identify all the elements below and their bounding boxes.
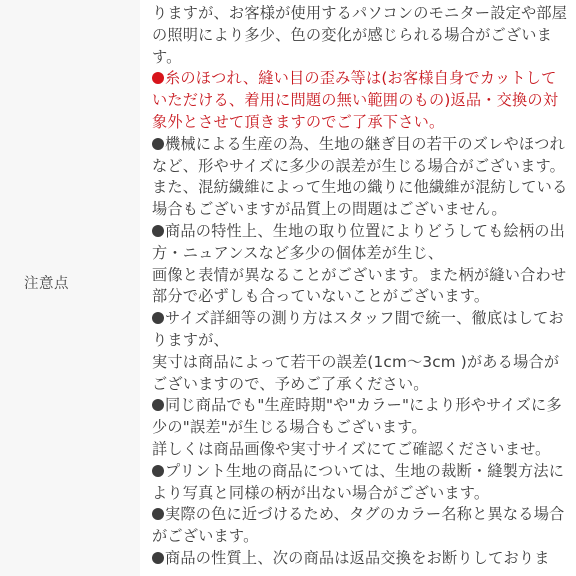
note-text: す。 bbox=[152, 48, 182, 66]
note-text: の照明により多少、色の変化が感じられる場合がございま bbox=[152, 26, 552, 44]
note-line: 部分で必ずしも合っていないことがございます。 bbox=[152, 286, 568, 308]
note-line: 商品の特性上、生地の取り位置によりどうしても絵柄の出 bbox=[152, 221, 568, 243]
bullet-dot-icon bbox=[152, 552, 164, 564]
note-text: 商品の特性上、生地の取り位置によりどうしても絵柄の出 bbox=[165, 222, 565, 240]
note-text: 少の"誤差"が生じる場合もございます。 bbox=[152, 418, 427, 436]
note-text: 糸のほつれ、縫い目の歪み等は(お客様自身でカットして bbox=[165, 69, 557, 87]
bullet-dot-icon bbox=[152, 312, 164, 324]
note-text: 方・ニュアンスなど多少の個体差が生じ、 bbox=[152, 244, 443, 262]
notes-label-cell: 注意点 bbox=[0, 0, 140, 576]
note-line: りますが、 bbox=[152, 330, 568, 352]
note-line: また、混紡繊維によって生地の織りに他繊維が混紡している bbox=[152, 177, 568, 199]
note-text: プリント生地の商品については、生地の裁断・縫製方法に bbox=[165, 462, 564, 480]
note-line: より写真と同様の柄が出ない場合がございます。 bbox=[152, 483, 568, 505]
note-text: 詳しくは商品画像や実寸サイズにてご確認くださいませ。 bbox=[152, 440, 550, 458]
note-text: 部分で必ずしも合っていないことがございます。 bbox=[152, 287, 489, 305]
notes-table-row: 注意点 りますが、お客様が使用するパソコンのモニター設定や部屋の照明により多少、… bbox=[0, 0, 576, 576]
note-line: サイズ詳細等の測り方はスタッフ間で統一、徹底はしてお bbox=[152, 308, 568, 330]
bullet-dot-icon bbox=[152, 138, 164, 150]
bullet-dot-icon bbox=[152, 72, 164, 84]
warning-note-line: いただける、着用に問題の無い範囲のもの)返品・交換の対 bbox=[152, 90, 568, 112]
note-text: 実寸は商品によって若干の誤差(1cm～3cm )がある場合が bbox=[152, 353, 559, 371]
note-line: 少の"誤差"が生じる場合もございます。 bbox=[152, 417, 568, 439]
note-line: プリント生地の商品については、生地の裁断・縫製方法に bbox=[152, 461, 568, 483]
note-line: 画像と表情が異なることがございます。また柄が縫い合わせ bbox=[152, 265, 568, 287]
note-line: 場合もございますが品質上の問題はございません。 bbox=[152, 199, 568, 221]
note-line: 同じ商品でも"生産時期"や"カラー"により形やサイズに多 bbox=[152, 395, 568, 417]
note-text: いただける、着用に問題の無い範囲のもの)返品・交換の対 bbox=[152, 91, 558, 109]
note-line: 方・ニュアンスなど多少の個体差が生じ、 bbox=[152, 243, 568, 265]
note-text: 同じ商品でも"生産時期"や"カラー"により形やサイズに多 bbox=[165, 396, 562, 414]
note-text: ございますので、予めご了承ください。 bbox=[152, 375, 429, 393]
note-text: 実際の色に近づけるため、タグのカラー名称と異なる場合 bbox=[165, 505, 564, 523]
note-line: がございます。 bbox=[152, 526, 568, 548]
note-line: 実際の色に近づけるため、タグのカラー名称と異なる場合 bbox=[152, 504, 568, 526]
warning-note-line: 象外とさせて頂きますのでご了承下さい。 bbox=[152, 112, 568, 134]
note-text: 機械による生産の為、生地の継ぎ目の若干のズレやほつれ bbox=[165, 135, 565, 153]
note-text: サイズ詳細等の測り方はスタッフ間で統一、徹底はしてお bbox=[165, 309, 564, 327]
note-line: 機械による生産の為、生地の継ぎ目の若干のズレやほつれ bbox=[152, 134, 568, 156]
note-text: また、混紡繊維によって生地の織りに他繊維が混紡している bbox=[152, 178, 567, 196]
note-line: 詳しくは商品画像や実寸サイズにてご確認くださいませ。 bbox=[152, 439, 568, 461]
bullet-dot-icon bbox=[152, 465, 164, 477]
note-line: の照明により多少、色の変化が感じられる場合がございま bbox=[152, 25, 568, 47]
note-line: りますが、お客様が使用するパソコンのモニター設定や部屋 bbox=[152, 3, 568, 25]
bullet-dot-icon bbox=[152, 399, 164, 411]
warning-note-line: 糸のほつれ、縫い目の歪み等は(お客様自身でカットして bbox=[152, 68, 568, 90]
note-line: など、形やサイズに多少の誤差が生じる場合がございます。 bbox=[152, 156, 568, 178]
note-text: 象外とさせて頂きますのでご了承下さい。 bbox=[152, 113, 444, 131]
note-line: 実寸は商品によって若干の誤差(1cm～3cm )がある場合が bbox=[152, 352, 568, 374]
note-line: す。 bbox=[152, 47, 568, 69]
note-text: りますが、 bbox=[152, 331, 229, 349]
bullet-dot-icon bbox=[152, 225, 164, 237]
note-text: りますが、お客様が使用するパソコンのモニター設定や部屋 bbox=[152, 4, 567, 22]
note-text: など、形やサイズに多少の誤差が生じる場合がございます。 bbox=[152, 157, 565, 175]
bullet-dot-icon bbox=[152, 508, 164, 520]
note-line: ございますので、予めご了承ください。 bbox=[152, 374, 568, 396]
note-text: より写真と同様の柄が出ない場合がございます。 bbox=[152, 484, 489, 502]
note-text: がございます。 bbox=[152, 527, 259, 545]
note-text: 画像と表情が異なることがございます。また柄が縫い合わせ bbox=[152, 266, 566, 284]
note-line: 商品の性質上、次の商品は返品交換をお断りしておりま bbox=[152, 548, 568, 570]
note-text: 場合もございますが品質上の問題はございません。 bbox=[152, 200, 507, 218]
note-text: 商品の性質上、次の商品は返品交換をお断りしておりま bbox=[165, 549, 550, 567]
notes-label: 注意点 bbox=[24, 272, 69, 293]
notes-value-cell: りますが、お客様が使用するパソコンのモニター設定や部屋の照明により多少、色の変化… bbox=[140, 0, 576, 576]
